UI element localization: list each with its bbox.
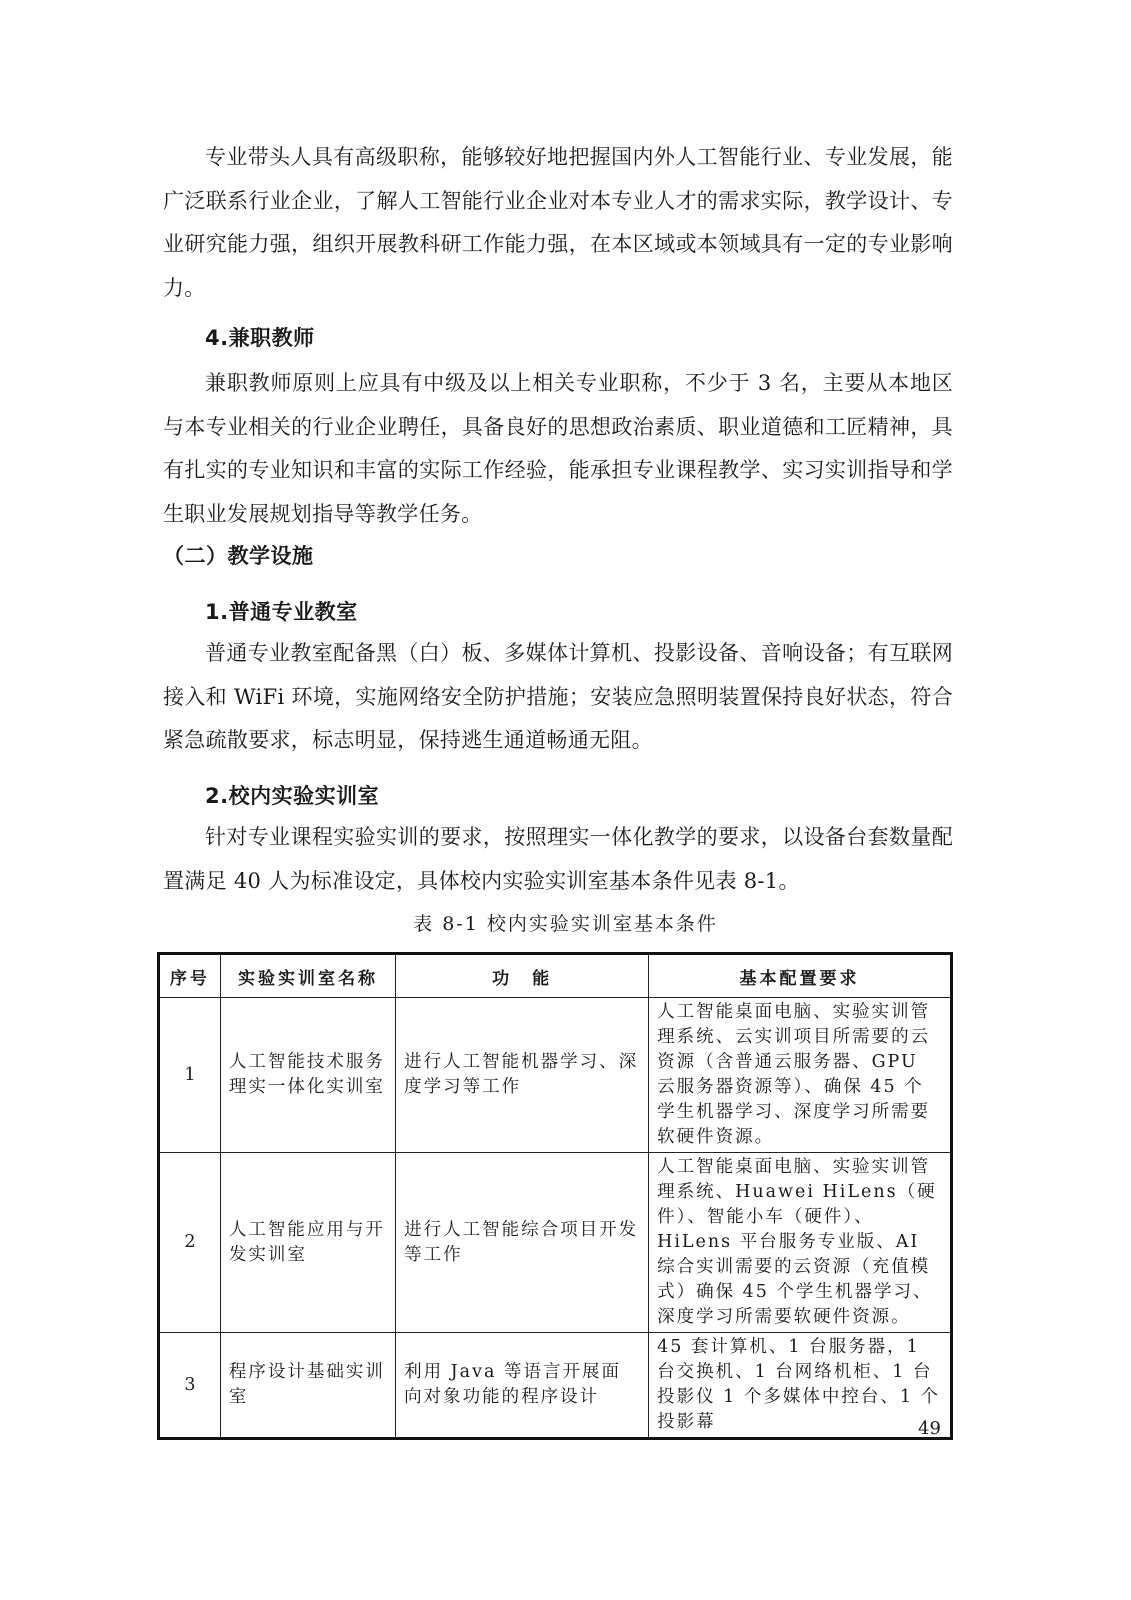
table-row: 1 人工智能技术服务理实一体化实训室 进行人工智能机器学习、深度学习等工作 人工… — [159, 998, 952, 1153]
cell-serial: 3 — [159, 1333, 221, 1439]
header-function: 功 能 — [396, 954, 649, 998]
header-serial: 序号 — [159, 954, 221, 998]
paragraph-campus-labs: 针对专业课程实验实训的要求，按照理实一体化教学的要求，以设备台套数量配置满足 4… — [163, 816, 953, 903]
paragraph-part-time-teachers: 兼职教师原则上应具有中级及以上相关专业职称，不少于 3 名，主要从本地区与本专业… — [163, 362, 953, 536]
paragraph-ordinary-classroom: 普通专业教室配备黑（白）板、多媒体计算机、投影设备、音响设备；有互联网接入和 W… — [163, 632, 953, 763]
cell-function: 进行人工智能机器学习、深度学习等工作 — [396, 998, 649, 1153]
cell-function: 进行人工智能综合项目开发等工作 — [396, 1153, 649, 1333]
cell-serial: 1 — [159, 998, 221, 1153]
table-caption: 表 8-1 校内实验实训室基本条件 — [0, 909, 1131, 936]
table-header-row: 序号 实验实训室名称 功 能 基本配置要求 — [159, 954, 952, 998]
heading-part-time-teachers: 4.兼职教师 — [205, 322, 315, 352]
table-row: 2 人工智能应用与开发实训室 进行人工智能综合项目开发等工作 人工智能桌面电脑、… — [159, 1153, 952, 1333]
document-page: 专业带头人具有高级职称，能够较好地把握国内外人工智能行业、专业发展，能广泛联系行… — [0, 0, 1131, 1600]
cell-requirements: 45 套计算机、1 台服务器，1 台交换机、1 台网络机柜、1 台投影仪 1 个… — [649, 1333, 952, 1439]
cell-function: 利用 Java 等语言开展面向对象功能的程序设计 — [396, 1333, 649, 1439]
cell-serial: 2 — [159, 1153, 221, 1333]
header-requirements: 基本配置要求 — [649, 954, 952, 998]
cell-lab-name: 程序设计基础实训室 — [220, 1333, 395, 1439]
page-number: 49 — [918, 1418, 941, 1439]
paragraph-program-leader: 专业带头人具有高级职称，能够较好地把握国内外人工智能行业、专业发展，能广泛联系行… — [163, 136, 953, 310]
cell-requirements: 人工智能桌面电脑、实验实训管理系统、云实训项目所需要的云资源（含普通云服务器、G… — [649, 998, 952, 1153]
heading-ordinary-classroom: 1.普通专业教室 — [205, 596, 358, 626]
heading-campus-labs: 2.校内实验实训室 — [205, 780, 379, 810]
cell-lab-name: 人工智能应用与开发实训室 — [220, 1153, 395, 1333]
header-lab-name: 实验实训室名称 — [220, 954, 395, 998]
lab-conditions-table: 序号 实验实训室名称 功 能 基本配置要求 1 人工智能技术服务理实一体化实训室… — [157, 952, 953, 1440]
cell-lab-name: 人工智能技术服务理实一体化实训室 — [220, 998, 395, 1153]
cell-requirements: 人工智能桌面电脑、实验实训管理系统、Huawei HiLens（硬件）、智能小车… — [649, 1153, 952, 1333]
heading-teaching-facilities: （二）教学设施 — [163, 540, 314, 570]
table-row: 3 程序设计基础实训室 利用 Java 等语言开展面向对象功能的程序设计 45 … — [159, 1333, 952, 1439]
